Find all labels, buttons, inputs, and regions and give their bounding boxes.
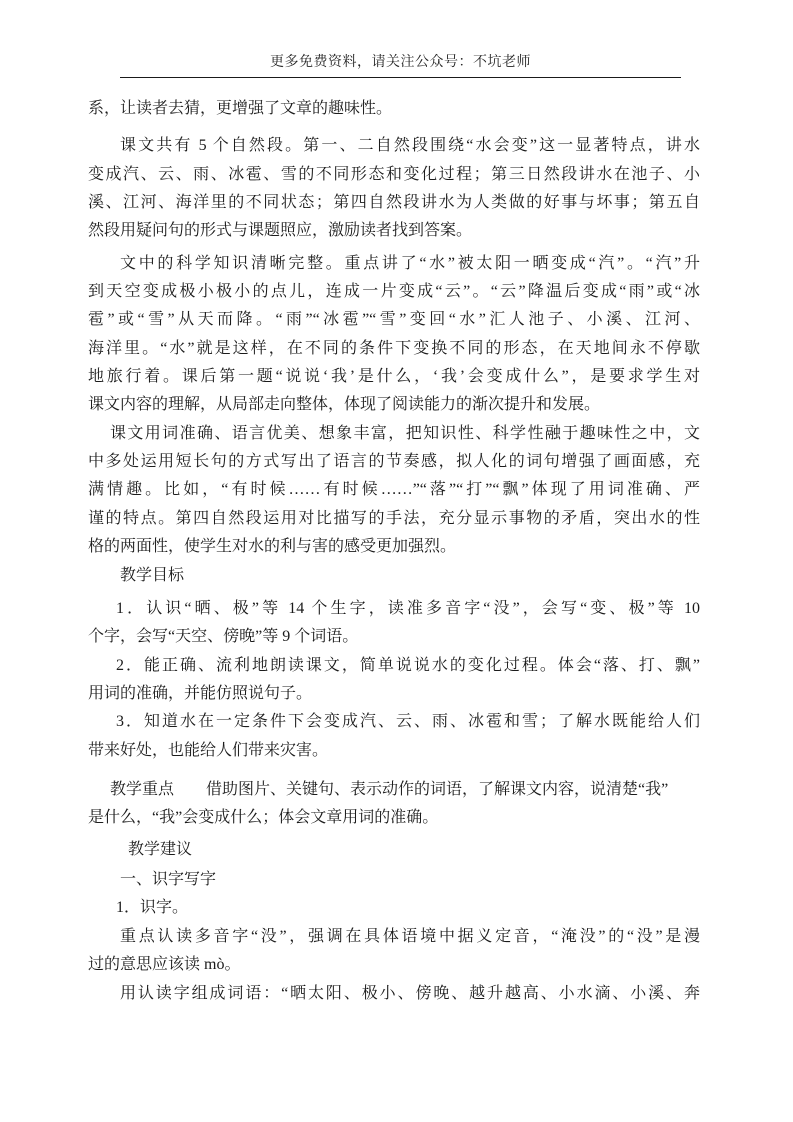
text-line-p4-5: 格的两面性，使学生对水的利与害的感受更加强烈。 [88, 533, 700, 561]
text-line-p9-1: 教学重点 借助图片、关键句、表示动作的词语，了解课文内容，说清楚“我” [88, 776, 700, 804]
paragraph-5: 教学目标 [88, 562, 700, 590]
text-line-p9-2: 是什么，“我”会变成什么；体会文章用词的准确。 [88, 804, 700, 832]
text-line-p2-1: 课文共有 5 个自然段。第一、二自然段围绕“水会变”这一显著特点，讲水 [88, 132, 700, 160]
document-body: 系，让读者去猜，更增强了文章的趣味性。课文共有 5 个自然段。第一、二自然段围绕… [88, 95, 700, 1009]
paragraph-6: 1．认识“晒、极”等 14 个生字，读准多音字“没”，会写“变、极”等 10个字… [88, 595, 700, 652]
paragraph-12: 1．识字。 [88, 894, 700, 922]
text-line-p2-3: 溪、江河、海洋里的不同状态；第四自然段讲水为人类做的好事与坏事；第五自 [88, 189, 700, 217]
text-line-p5-1: 教学目标 [88, 562, 700, 590]
text-line-p7-1: 2．能正确、流利地朗读课文，简单说说水的变化过程。体会“落、打、飘” [88, 652, 700, 680]
text-line-p12-1: 1．识字。 [88, 894, 700, 922]
text-line-p3-2: 到天空变成极小极小的点儿，连成一片变成“云”。“云”降温后变成“雨”或“冰 [88, 278, 700, 306]
paragraph-10: 教学建议 [88, 836, 700, 864]
text-line-p6-2: 个字，会写“天空、傍晚”等 9 个词语。 [88, 623, 700, 651]
text-line-p8-1: 3．知道水在一定条件下会变成汽、云、雨、冰雹和雪；了解水既能给人们 [88, 708, 700, 736]
text-line-p3-5: 地旅行着。课后第一题“说说‘我’是什么，‘我’会变成什么”，是要求学生对 [88, 363, 700, 391]
text-line-p6-1: 1．认识“晒、极”等 14 个生字，读准多音字“没”，会写“变、极”等 10 [88, 595, 700, 623]
text-line-p1-1: 系，让读者去猜，更增强了文章的趣味性。 [88, 95, 700, 123]
page-header: 更多免费资料，请关注公众号：不坑老师 [120, 52, 681, 78]
paragraph-1: 系，让读者去猜，更增强了文章的趣味性。 [88, 95, 700, 123]
text-line-p4-2: 中多处运用短长句的方式写出了语言的节奏感，拟人化的词句增强了画面感，充 [88, 448, 700, 476]
paragraph-4: 课文用词准确、语言优美、想象丰富，把知识性、科学性融于趣味性之中，文中多处运用短… [88, 420, 700, 562]
paragraph-8: 3．知道水在一定条件下会变成汽、云、雨、冰雹和雪；了解水既能给人们带来好处，也能… [88, 708, 700, 765]
paragraph-13: 重点认读多音字“没”，强调在具体语境中据义定音，“淹没”的“没”是漫过的意思应该… [88, 923, 700, 980]
text-line-p2-2: 变成汽、云、雨、冰雹、雪的不同形态和变化过程；第三日然段讲水在池子、小 [88, 161, 700, 189]
text-line-p10-1: 教学建议 [88, 836, 700, 864]
text-line-p11-1: 一、识字写字 [88, 866, 700, 894]
text-line-p2-4: 然段用疑问句的形式与课题照应，激励读者找到答案。 [88, 217, 700, 245]
text-line-p13-2: 过的意思应该读 mò。 [88, 951, 700, 979]
paragraph-11: 一、识字写字 [88, 866, 700, 894]
text-line-p13-1: 重点认读多音字“没”，强调在具体语境中据义定音，“淹没”的“没”是漫 [88, 923, 700, 951]
text-line-p14-1: 用认读字组成词语：“晒太阳、极小、傍晚、越升越高、小水滴、小溪、奔 [88, 980, 700, 1008]
paragraph-2: 课文共有 5 个自然段。第一、二自然段围绕“水会变”这一显著特点，讲水变成汽、云… [88, 132, 700, 245]
header-rule [120, 77, 681, 78]
text-line-p3-4: 海洋里。“水”就是这样，在不同的条件下变换不同的形态，在天地间永不停歇 [88, 335, 700, 363]
text-line-p3-1: 文中的科学知识清晰完整。重点讲了“水”被太阳一晒变成“汽”。“汽”升 [88, 250, 700, 278]
text-line-p3-6: 课文内容的理解，从局部走向整体，体现了阅读能力的渐次提升和发展。 [88, 391, 700, 419]
text-line-p3-3: 雹”或“雪”从天而降。“雨”“冰雹”“雪”变回“水”汇人池子、小溪、江河、 [88, 306, 700, 334]
text-line-p7-2: 用词的准确，并能仿照说句子。 [88, 680, 700, 708]
text-line-p4-1: 课文用词准确、语言优美、想象丰富，把知识性、科学性融于趣味性之中，文 [88, 420, 700, 448]
document-page: 更多免费资料，请关注公众号：不坑老师 系，让读者去猜，更增强了文章的趣味性。课文… [0, 0, 793, 1122]
paragraph-14: 用认读字组成词语：“晒太阳、极小、傍晚、越升越高、小水滴、小溪、奔 [88, 980, 700, 1008]
text-line-p4-4: 谨的特点。第四自然段运用对比描写的手法，充分显示事物的矛盾，突出水的性 [88, 505, 700, 533]
text-line-p8-2: 带来好处，也能给人们带来灾害。 [88, 737, 700, 765]
paragraph-3: 文中的科学知识清晰完整。重点讲了“水”被太阳一晒变成“汽”。“汽”升到天空变成极… [88, 250, 700, 420]
header-notice-text: 更多免费资料，请关注公众号：不坑老师 [120, 52, 681, 74]
text-line-p4-3: 满情趣。比如，“有时候……有时候……”“落”“打”“飘”体现了用词准确、严 [88, 476, 700, 504]
paragraph-7: 2．能正确、流利地朗读课文，简单说说水的变化过程。体会“落、打、飘”用词的准确，… [88, 652, 700, 709]
paragraph-9: 教学重点 借助图片、关键句、表示动作的词语，了解课文内容，说清楚“我”是什么，“… [88, 776, 700, 833]
